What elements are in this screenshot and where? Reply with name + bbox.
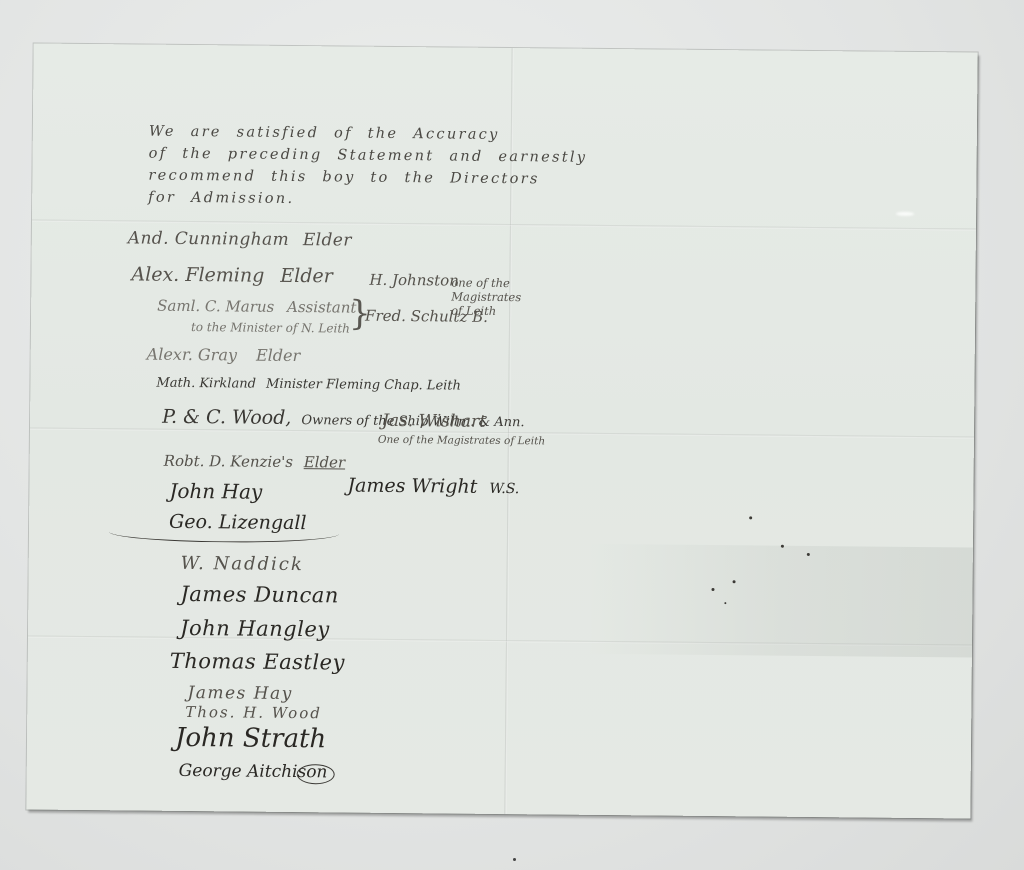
statement-line: We are satisfied of the Accuracy bbox=[149, 121, 489, 146]
signature: Alex. Fleming Elder bbox=[131, 265, 333, 286]
ink-spot bbox=[711, 588, 714, 591]
letter-sheet: We are satisfied of the Accuracy of the … bbox=[26, 43, 977, 818]
paper-stain bbox=[588, 544, 973, 658]
signature: Thomas Eastley bbox=[170, 651, 345, 674]
signature: Math. Kirkland Minister Fleming Chap. Le… bbox=[156, 377, 461, 393]
signature: John Hangley bbox=[180, 618, 330, 640]
signature-flourish bbox=[297, 764, 335, 784]
recommendation-statement: We are satisfied of the Accuracy of the … bbox=[148, 121, 489, 212]
signature: Thos. H. Wood bbox=[185, 705, 322, 721]
ink-spot bbox=[733, 580, 736, 583]
ink-spot bbox=[724, 602, 726, 604]
signature: James Duncan bbox=[180, 584, 339, 607]
signature: John Hay bbox=[169, 481, 262, 502]
ink-spot bbox=[781, 545, 784, 548]
signature: Robt. D. Kenzie's Elder bbox=[164, 454, 346, 471]
ink-spot bbox=[749, 516, 752, 519]
signature-flourish bbox=[109, 522, 339, 543]
signature: Alexr. Gray Elder bbox=[147, 347, 301, 364]
signature-note: to the Minister of N. Leith bbox=[191, 321, 350, 335]
ink-spot bbox=[807, 553, 810, 556]
signature: W. Naddick bbox=[181, 555, 304, 574]
signature: Jas. Wishart bbox=[382, 413, 486, 431]
signature: H. Johnston bbox=[369, 273, 459, 289]
statement-line: of the preceding Statement and earnestly bbox=[149, 143, 489, 168]
speck bbox=[513, 858, 516, 861]
statement-line: recommend this boy to the Directors bbox=[148, 165, 488, 190]
paper-crease bbox=[896, 212, 914, 216]
signature: Fred. Schultz B. bbox=[365, 309, 488, 325]
signature: John Strath bbox=[175, 725, 326, 752]
signature: And. Cunningham Elder bbox=[128, 230, 352, 249]
statement-line: for Admission. bbox=[148, 187, 488, 212]
signature-title: One of the Magistrates of Leith bbox=[378, 435, 545, 447]
signature: James Wright W.S. bbox=[347, 477, 519, 498]
signature: Saml. C. Marus Assistant bbox=[157, 299, 356, 316]
signature: James Hay bbox=[187, 685, 292, 703]
